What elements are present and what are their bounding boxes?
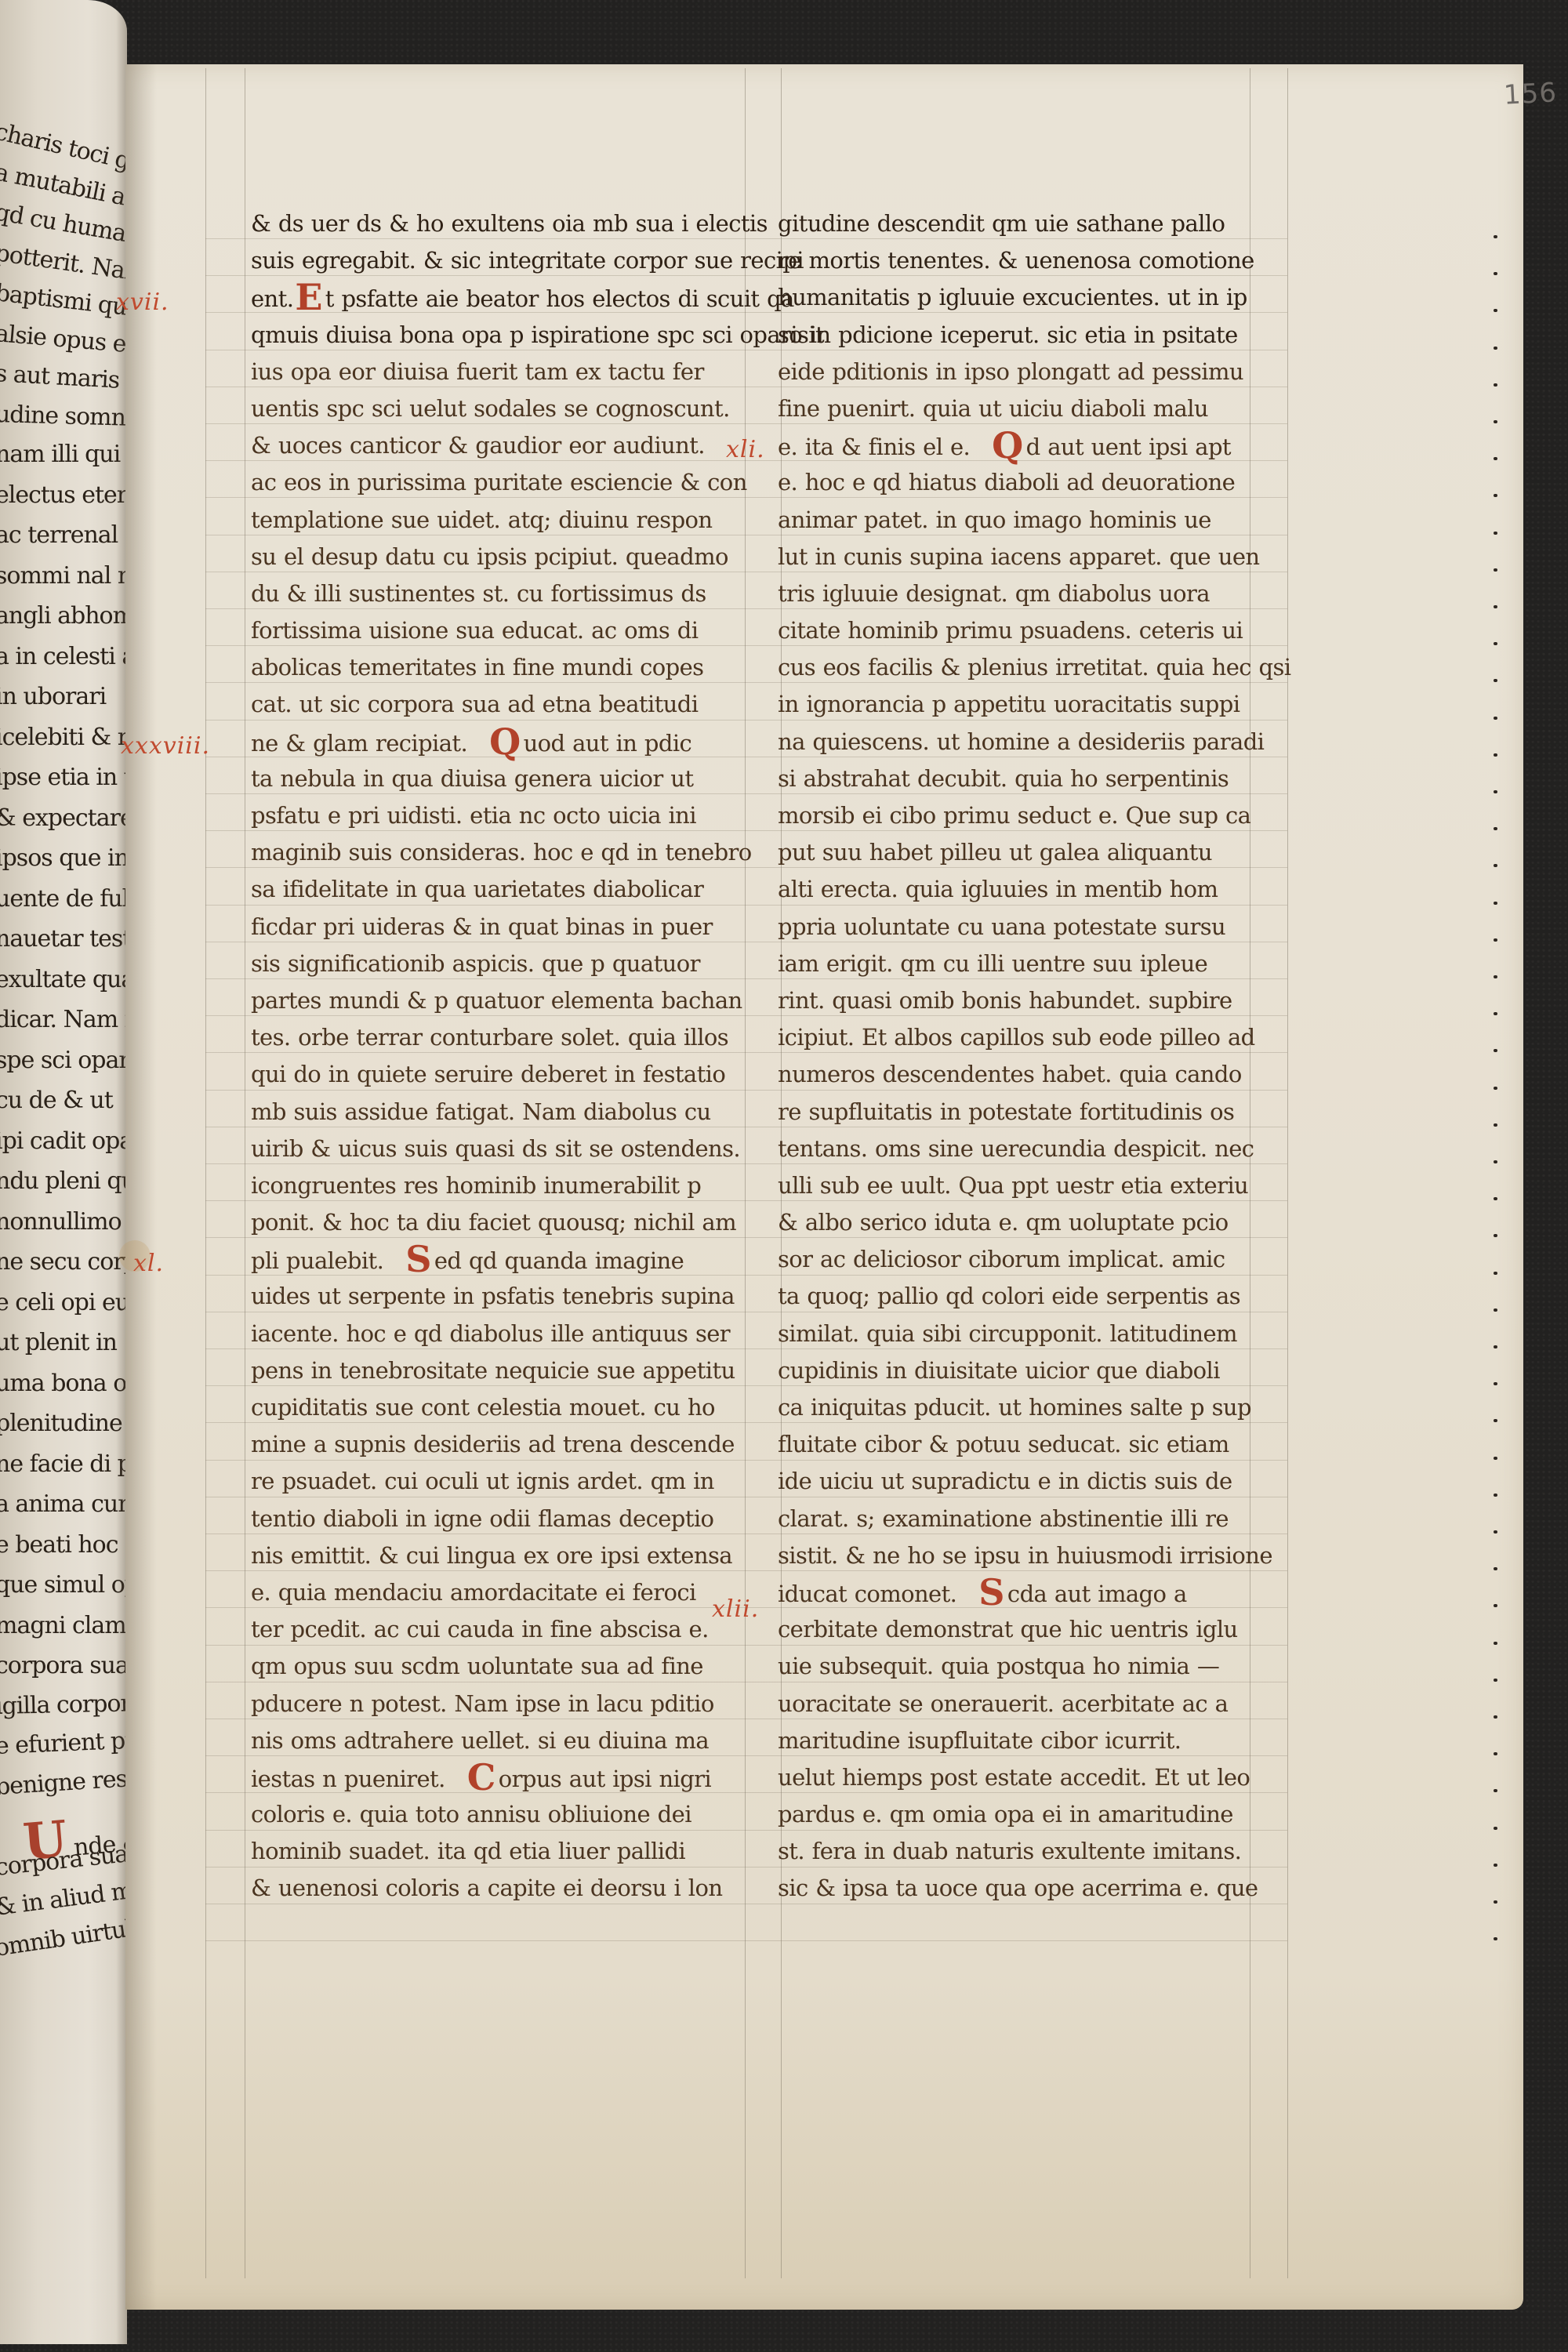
manuscript-text-line: morsib ei cibo primu seduct e. Que sup c…: [778, 797, 1283, 834]
manuscript-text-line: mb suis assidue fatigat. Nam diabolus cu: [251, 1094, 753, 1131]
prick-mark: [1494, 827, 1497, 830]
manuscript-text-line: maginib suis consideras. hoc e qd in ten…: [251, 834, 753, 871]
manuscript-text-line: sic & ipsa ta uoce qua ope acerrima e. q…: [778, 1870, 1283, 1907]
facing-page-text-line: electus eterna: [0, 481, 127, 509]
manuscript-text-line: ent.Et psfatte aie beator hos electos di…: [251, 279, 753, 316]
manuscript-text-line: sor ac deliciosor ciborum implicat. amic: [778, 1241, 1283, 1278]
manuscript-text-line: cupidinis in diuisitate uicior que diabo…: [778, 1352, 1283, 1389]
facing-page-text-line: udine somnii meli: [0, 401, 127, 434]
manuscript-text-line: su el desup datu cu ipsis pcipiut. quead…: [251, 539, 753, 575]
facing-page-text-line: ipse etia in uocet: [0, 764, 127, 791]
text-column-a: & ds uer ds & ho exultens oia mb sua i e…: [251, 205, 753, 1907]
line-text: ed qd quanda imagine: [434, 1247, 684, 1274]
manuscript-text-line: uides ut serpente in psfatis tenebris su…: [251, 1278, 753, 1315]
rubricated-initial: S: [405, 1241, 431, 1278]
facing-page-text-line: uma bona opa: [0, 1370, 127, 1397]
manuscript-text-line: ide uiciu ut supradictu e in dictis suis…: [778, 1463, 1283, 1500]
manuscript-text-line: partes mundi & p quatuor elementa bachan: [251, 982, 753, 1019]
manuscript-text-line: ta nebula in qua diuisa genera uicior ut: [251, 760, 753, 797]
rubricated-initial: Q: [489, 724, 520, 760]
prick-mark: [1494, 1604, 1497, 1607]
manuscript-text-line: ponit. & hoc ta diu faciet quousq; nichi…: [251, 1204, 753, 1241]
manuscript-text-line: humanitatis p igluuie excucientes. ut in…: [778, 279, 1283, 316]
manuscript-text-line: & uoces canticor & gaudior eor audiunt.: [251, 427, 753, 464]
prick-mark: [1494, 1087, 1497, 1090]
margin-note-xl: xl.: [133, 1250, 164, 1277]
line-prefix: ent.: [251, 285, 293, 312]
prick-mark: [1494, 1567, 1497, 1570]
manuscript-text-line: si abstrahat decubit. quia ho serpentini…: [778, 760, 1283, 797]
prick-mark: [1494, 1715, 1497, 1719]
line-prefix: pli pualebit.: [251, 1247, 383, 1274]
manuscript-text-line: cat. ut sic corpora sua ad etna beatitud…: [251, 686, 753, 723]
manuscript-text-line: icongruentes res hominib inumerabilit p: [251, 1167, 753, 1204]
line-text: d aut uent ipsi apt: [1026, 434, 1231, 460]
manuscript-text-line: pducere n potest. Nam ipse in lacu pditi…: [251, 1686, 753, 1722]
facing-page-text-line: nauetar testimoni: [0, 925, 127, 953]
manuscript-text-line: iam erigit. qm cu illi uentre suu ipleue: [778, 946, 1283, 982]
manuscript-text-line: tes. orbe terrar conturbare solet. quia …: [251, 1019, 753, 1056]
prick-mark: [1494, 1197, 1497, 1200]
manuscript-text-line: in ignorancia p appetitu uoracitatis sup…: [778, 686, 1283, 723]
manuscript-text-line: na quiescens. ut homine a desideriis par…: [778, 724, 1283, 760]
gutter-shadow: [125, 64, 157, 2310]
prick-mark: [1494, 420, 1497, 423]
manuscript-text-line: iducat comonet.Scda aut imago a: [778, 1574, 1283, 1611]
prick-mark: [1494, 1494, 1497, 1497]
manuscript-text-line: & albo serico iduta e. qm uoluptate pcio: [778, 1204, 1283, 1241]
facing-page-verso: charis toci gaudii quia mutabili ac inso…: [0, 0, 127, 2344]
line-prefix: iestas n pueniret.: [251, 1766, 445, 1792]
rubricated-initial: E: [295, 279, 321, 316]
prick-mark: [1494, 1752, 1497, 1755]
facing-page-text-line: alsie opus eterna: [0, 320, 127, 363]
prick-mark: [1494, 1345, 1497, 1348]
line-text: t psfatte aie beator hos electos di scui…: [325, 285, 794, 312]
manuscript-text-line: re supfluitatis in potestate fortitudini…: [778, 1094, 1283, 1131]
line-text: cda aut imago a: [1007, 1581, 1187, 1607]
manuscript-text-line: gitudine descendit qm uie sathane pallo: [778, 205, 1283, 242]
manuscript-text-line: ter pcedit. ac cui cauda in fine abscisa…: [251, 1611, 753, 1648]
prick-mark: [1494, 1789, 1497, 1792]
facing-page-text-line: ut plenit in: [0, 1329, 117, 1356]
facing-page-text-line: a in celesti audit: [0, 643, 127, 670]
text-column-b: gitudine descendit qm uie sathane pallor…: [778, 205, 1283, 1907]
manuscript-text-line: tris igluuie designat. qm diabolus uora: [778, 575, 1283, 612]
facing-page-text-line: s aut maris & ut: [0, 360, 127, 397]
manuscript-text-line: so in pdicione iceperut. sic etia in psi…: [778, 317, 1283, 354]
manuscript-text-line: similat. quia sibi circupponit. latitudi…: [778, 1316, 1283, 1352]
margin-note-xvii: xvii.: [116, 289, 169, 316]
manuscript-text-line: psfatu e pri uidisti. etia nc octo uicia…: [251, 797, 753, 834]
manuscript-text-line: tentio diaboli in igne odii flamas decep…: [251, 1501, 753, 1537]
manuscript-text-line: e. ita & finis el e.Qd aut uent ipsi apt: [778, 427, 1283, 464]
facing-page-text-line: igilla corporii: [0, 1690, 127, 1720]
line-text: uod aut in pdic: [524, 730, 692, 757]
facing-page-text-line: plenitudine illa: [0, 1410, 127, 1437]
facing-page-text-line: exultate qua mysteri: [0, 966, 127, 993]
manuscript-text-line: qui do in quiete seruire deberet in fest…: [251, 1056, 753, 1093]
prick-mark: [1494, 1234, 1497, 1237]
manuscript-text-line: fine puenirt. quia ut uiciu diaboli malu: [778, 390, 1283, 427]
manuscript-text-line: pens in tenebrositate nequicie sue appet…: [251, 1352, 753, 1389]
horizontal-ruling-line: [205, 1940, 1287, 1941]
manuscript-text-line: clarat. s; examinatione abstinentie illi…: [778, 1501, 1283, 1537]
manuscript-text-line: nis emittit. & cui lingua ex ore ipsi ex…: [251, 1537, 753, 1574]
manuscript-text-line: ne & glam recipiat.Quod aut in pdic: [251, 724, 753, 760]
vertical-ruling-line: [245, 68, 245, 2278]
prick-mark: [1494, 790, 1497, 793]
manuscript-text-line: re psuadet. cui oculi ut ignis ardet. qm…: [251, 1463, 753, 1500]
manuscript-text-line: hominib suadet. ita qd etia liuer pallid…: [251, 1833, 753, 1870]
folio-number: 156: [1503, 77, 1558, 111]
facing-page-text-line: ipi cadit opant: [0, 1127, 127, 1155]
manuscript-text-line: iacente. hoc e qd diabolus ille antiquus…: [251, 1316, 753, 1352]
facing-page-text-line: que simul operabo: [0, 1571, 127, 1599]
manuscript-text-line: ta quoq; pallio qd colori eide serpentis…: [778, 1278, 1283, 1315]
vertical-ruling-line: [205, 68, 206, 2278]
facing-page-text-line: dicar. Nam ipsi: [0, 1006, 127, 1033]
facing-page-text-line: a anima cuncti: [0, 1490, 127, 1518]
prick-mark: [1494, 864, 1497, 867]
manuscript-text-line: qmuis diuisa bona opa p ispiratione spc …: [251, 317, 753, 354]
manuscript-text-line: cus eos facilis & plenius irretitat. qui…: [778, 649, 1283, 686]
prick-mark: [1494, 1012, 1497, 1015]
prick-mark: [1494, 568, 1497, 572]
manuscript-text-line: uentis spc sci uelut sodales se cognoscu…: [251, 390, 753, 427]
prick-mark: [1494, 753, 1497, 757]
prick-mark: [1494, 1160, 1497, 1163]
manuscript-text-line: uirib & uicus suis quasi ds sit se osten…: [251, 1131, 753, 1167]
facing-page-text-line: & expectare debet: [0, 804, 127, 832]
manuscript-text-line: ulli sub ee uult. Qua ppt uestr etia ext…: [778, 1167, 1283, 1204]
prick-mark: [1494, 272, 1497, 275]
manuscript-text-line: uoracitate se onerauerit. acerbitate ac …: [778, 1686, 1283, 1722]
facing-page-text-line: e efurient puer a: [0, 1725, 127, 1760]
manuscript-text-line: alti erecta. quia igluuies in mentib hom: [778, 871, 1283, 908]
manuscript-text-line: ppria uoluntate cu uana potestate sursu: [778, 909, 1283, 946]
facing-page-text-line: icelebiti & mihi: [0, 724, 127, 751]
manuscript-text-line: uie subsequit. quia postqua ho nimia —: [778, 1648, 1283, 1685]
manuscript-text-line: templatione sue uidet. atq; diuinu respo…: [251, 502, 753, 539]
rubricated-initial: C: [467, 1759, 495, 1796]
prick-mark: [1494, 642, 1497, 645]
facing-page-text-line: magni clamor: [0, 1612, 127, 1639]
manuscript-text-line: fluitate cibor & potuu seducat. sic etia…: [778, 1426, 1283, 1463]
prick-mark: [1494, 1382, 1497, 1385]
manuscript-text-line: pardus e. qm omia opa ei in amaritudine: [778, 1796, 1283, 1833]
manuscript-text-line: uelut hiemps post estate accedit. Et ut …: [778, 1759, 1283, 1796]
prick-mark: [1494, 1272, 1497, 1275]
line-prefix: ne & glam recipiat.: [251, 730, 467, 757]
facing-page-text-line: benigne respon: [0, 1762, 127, 1801]
manuscript-text-line: pli pualebit.Sed qd quanda imagine: [251, 1241, 753, 1278]
line-text: orpus aut ipsi nigri: [499, 1766, 711, 1792]
prick-mark: [1494, 235, 1497, 238]
manuscript-text-line: & ds uer ds & ho exultens oia mb sua i e…: [251, 205, 753, 242]
facing-page-text-line: ac terrenal cupidi: [0, 521, 127, 549]
manuscript-text-line: citate hominib primu psuadens. ceteris u…: [778, 612, 1283, 649]
facing-page-text-line: sommi nal nubes: [0, 562, 127, 590]
facing-page-text-line: e celi opi eu: [0, 1289, 127, 1316]
facing-page-text-line: spe sci opant: [0, 1047, 127, 1074]
manuscript-text-line: tentans. oms sine uerecundia despicit. n…: [778, 1131, 1283, 1167]
prick-mark: [1494, 309, 1497, 312]
line-prefix: iducat comonet.: [778, 1581, 956, 1607]
manuscript-text-line: e. quia mendaciu amordacitate ei feroci: [251, 1574, 753, 1611]
prick-mark: [1494, 494, 1497, 497]
manuscript-text-line: iestas n pueniret.Corpus aut ipsi nigri: [251, 1759, 753, 1796]
facing-page-text-line: corpora sua re: [0, 1652, 127, 1679]
manuscript-text-line: cerbitate demonstrat que hic uentris igl…: [778, 1611, 1283, 1648]
prick-mark: [1494, 1900, 1497, 1904]
prick-mark: [1494, 717, 1497, 720]
facing-page-text-line: e beati hoc in: [0, 1531, 127, 1559]
manuscript-text-line: coloris e. quia toto annisu obliuione de…: [251, 1796, 753, 1833]
prick-mark: [1494, 383, 1497, 387]
manuscript-text-line: nis oms adtrahere uellet. si eu diuina m…: [251, 1722, 753, 1759]
prick-mark: [1494, 1827, 1497, 1830]
facing-page-text-line: baptismi quod: [0, 279, 127, 324]
prick-mark: [1494, 1530, 1497, 1534]
manuscript-text-line: ac eos in purissima puritate esciencie &…: [251, 464, 753, 501]
manuscript-text-line: animar patet. in quo imago hominis ue: [778, 502, 1283, 539]
manuscript-page-recto: 156 xvii. xli. xxxviii. xl. xlii. & ds u…: [125, 64, 1523, 2310]
vertical-ruling-line: [1287, 68, 1288, 2278]
prick-mark: [1494, 902, 1497, 905]
manuscript-text-line: rint. quasi omib bonis habundet. supbire: [778, 982, 1283, 1019]
manuscript-text-line: fortissima uisione sua educat. ac oms di: [251, 612, 753, 649]
prick-mark: [1494, 1049, 1497, 1052]
prick-mark: [1494, 347, 1497, 350]
facing-page-text-line: in uborari: [0, 683, 106, 710]
prick-mark: [1494, 1123, 1497, 1127]
facing-page-text-line: ne facie di pleni: [0, 1450, 127, 1478]
prick-mark: [1494, 1642, 1497, 1645]
manuscript-text-line: e. hoc e qd hiatus diaboli ad deuoration…: [778, 464, 1283, 501]
manuscript-text-line: ius opa eor diuisa fuerit tam ex tactu f…: [251, 354, 753, 390]
facing-page-text-line: nonnullimo dia: [0, 1208, 127, 1236]
manuscript-text-line: qm opus suu scdm uoluntate sua ad fine: [251, 1648, 753, 1685]
rubricated-initial: Q: [992, 427, 1022, 464]
manuscript-text-line: re mortis tenentes. & uenenosa comotione: [778, 242, 1283, 279]
prick-mark: [1494, 605, 1497, 608]
manuscript-text-line: mine a supnis desideriis ad trena descen…: [251, 1426, 753, 1463]
facing-page-text-line: ipsos que in apta: [0, 844, 127, 872]
manuscript-text-line: ficdar pri uideras & in quat binas in pu…: [251, 909, 753, 946]
facing-page-text-line: angli abhomini: [0, 602, 127, 630]
manuscript-text-line: abolicas temeritates in fine mundi copes: [251, 649, 753, 686]
prick-mark: [1494, 1679, 1497, 1682]
manuscript-text-line: sistit. & ne ho se ipsu in huiusmodi irr…: [778, 1537, 1283, 1574]
manuscript-text-line: maritudine isupfluitate cibor icurrit.: [778, 1722, 1283, 1759]
manuscript-text-line: lut in cunis supina iacens apparet. que …: [778, 539, 1283, 575]
prick-mark: [1494, 457, 1497, 460]
margin-note-xxxviii: xxxviii.: [121, 732, 210, 760]
manuscript-text-line: ca iniquitas pducit. ut homines salte p …: [778, 1389, 1283, 1426]
manuscript-text-line: icipiut. Et albos capillos sub eode pill…: [778, 1019, 1283, 1056]
prick-mark: [1494, 1419, 1497, 1422]
manuscript-text-line: cupiditatis sue cont celestia mouet. cu …: [251, 1389, 753, 1426]
manuscript-text-line: eide pditionis in ipso plongatt ad pessi…: [778, 354, 1283, 390]
facing-page-text-line: uente de fulgore: [0, 885, 127, 913]
manuscript-text-line: st. fera in duab naturis exultente imita…: [778, 1833, 1283, 1870]
manuscript-text-line: put suu habet pilleu ut galea aliquantu: [778, 834, 1283, 871]
rubricated-initial: S: [978, 1574, 1004, 1611]
prick-mark: [1494, 532, 1497, 535]
prick-mark: [1494, 1864, 1497, 1867]
manuscript-text-line: sa ifidelitate in qua uarietates diaboli…: [251, 871, 753, 908]
manuscript-text-line: suis egregabit. & sic integritate corpor…: [251, 242, 753, 279]
prick-mark: [1494, 679, 1497, 682]
manuscript-text-line: du & illi sustinentes st. cu fortissimus…: [251, 575, 753, 612]
manuscript-text-line: sis significationib aspicis. que p quatu…: [251, 946, 753, 982]
prick-mark: [1494, 1937, 1497, 1940]
facing-page-text-line: ndu pleni quam: [0, 1167, 127, 1195]
line-prefix: e. ita & finis el e.: [778, 434, 970, 460]
prick-mark: [1494, 938, 1497, 942]
prick-mark: [1494, 975, 1497, 978]
manuscript-text-line: & uenenosi coloris a capite ei deorsu i …: [251, 1870, 753, 1907]
facing-page-text-line: cu de & ut: [0, 1087, 113, 1114]
facing-page-text-line: nam illi qui ostendit: [0, 441, 127, 468]
prick-mark: [1494, 1308, 1497, 1312]
manuscript-text-line: numeros descendentes habet. quia cando: [778, 1056, 1283, 1093]
prick-mark: [1494, 1457, 1497, 1460]
facing-page-text-line: ne secu corpora: [0, 1248, 127, 1276]
